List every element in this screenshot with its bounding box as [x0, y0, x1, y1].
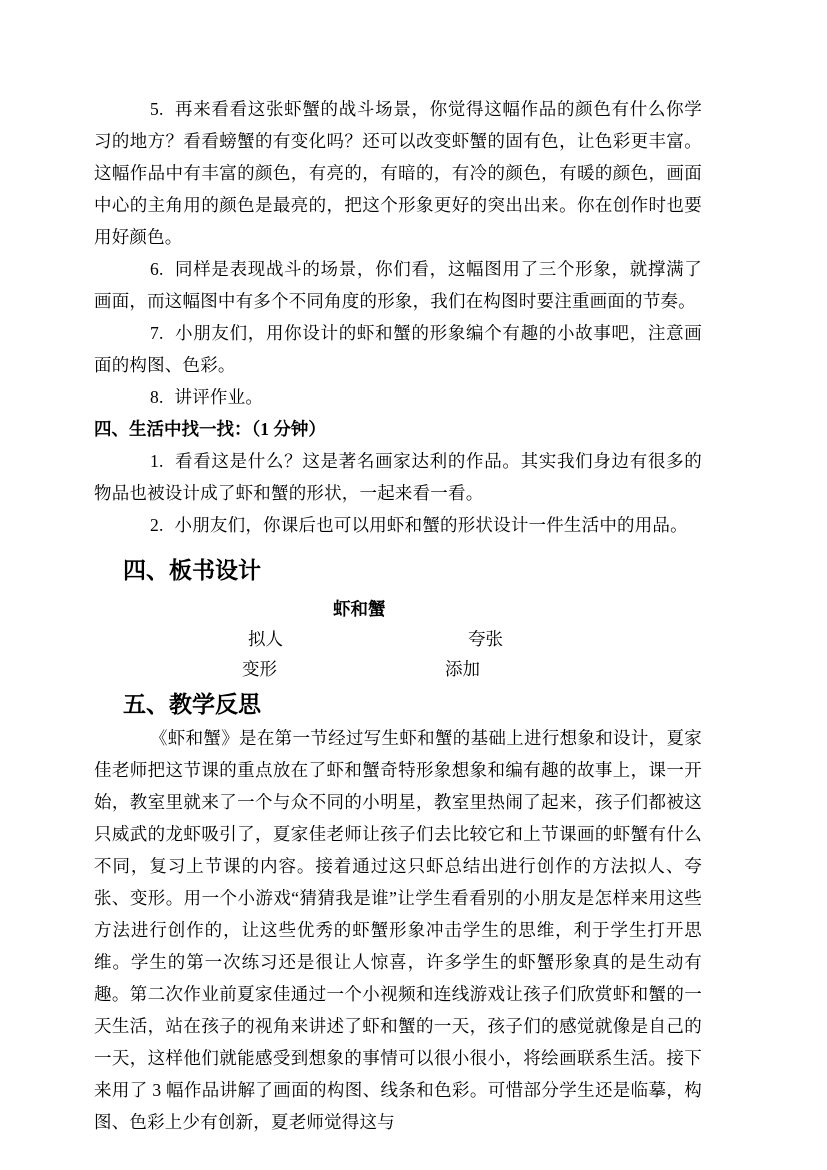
lesson-step-7: 7.小朋友们，用你设计的虾和蟹的形象编个有趣的小故事吧，注意画面的构图、色彩。 — [94, 317, 702, 381]
item-text: 小朋友们，你课后也可以用虾和蟹的形状设计一件生活中的用品。 — [175, 515, 688, 535]
board-title: 虾和蟹 — [333, 594, 386, 624]
step-number: 5. — [150, 99, 164, 119]
step-number: 7. — [150, 323, 164, 343]
step-number: 6. — [150, 259, 164, 279]
item-number: 2. — [150, 515, 164, 535]
step-text: 同样是表现战斗的场景，你们看，这幅图用了三个形象，就撑满了画面，而这幅图中有多个… — [94, 259, 702, 311]
board-terms-row-top: 拟人 夸张 — [94, 624, 702, 654]
lesson-step-5: 5.再来看看这张虾蟹的战斗场景，你觉得这幅作品的颜色有什么你学习的地方？看看螃蟹… — [94, 93, 702, 253]
board-design-diagram: 虾和蟹 拟人 夸张 变形 添加 — [94, 594, 702, 684]
step-text: 小朋友们，用你设计的虾和蟹的形象编个有趣的小故事吧，注意画面的构图、色彩。 — [94, 323, 702, 375]
board-term-deformation: 变形 — [242, 654, 277, 684]
board-terms-row-bottom: 变形 添加 — [94, 654, 702, 684]
reflection-paragraph: 《虾和蟹》是在第一节经过写生虾和蟹的基础上进行想象和设计，夏家佳老师把这节课的重… — [94, 722, 702, 1138]
section-heading-reflection: 五、教学反思 — [123, 688, 702, 722]
item-number: 1. — [150, 451, 164, 471]
lesson-step-8: 8.讲评作业。 — [94, 381, 702, 413]
board-title-row: 虾和蟹 — [94, 594, 702, 624]
board-term-personification: 拟人 — [248, 624, 283, 654]
section-heading-board-design: 四、板书设计 — [123, 554, 702, 588]
section-heading-find-in-life: 四、生活中找一找：（1 分钟） — [94, 413, 702, 445]
board-term-exaggeration: 夸张 — [468, 624, 503, 654]
document-content: 5.再来看看这张虾蟹的战斗场景，你觉得这幅作品的颜色有什么你学习的地方？看看螃蟹… — [94, 93, 702, 1138]
step-text: 讲评作业。 — [175, 387, 264, 407]
document-page: 5.再来看看这张虾蟹的战斗场景，你觉得这幅作品的颜色有什么你学习的地方？看看螃蟹… — [0, 0, 827, 1170]
find-in-life-item-1: 1.看看这是什么？这是著名画家达利的作品。其实我们身边有很多的物品也被设计成了虾… — [94, 445, 702, 509]
step-number: 8. — [150, 387, 164, 407]
step-text: 再来看看这张虾蟹的战斗场景，你觉得这幅作品的颜色有什么你学习的地方？看看螃蟹的有… — [94, 99, 702, 247]
item-text: 看看这是什么？这是著名画家达利的作品。其实我们身边有很多的物品也被设计成了虾和蟹… — [94, 451, 702, 503]
board-term-addition: 添加 — [445, 654, 480, 684]
find-in-life-item-2: 2.小朋友们，你课后也可以用虾和蟹的形状设计一件生活中的用品。 — [94, 509, 702, 541]
lesson-step-6: 6.同样是表现战斗的场景，你们看，这幅图用了三个形象，就撑满了画面，而这幅图中有… — [94, 253, 702, 317]
